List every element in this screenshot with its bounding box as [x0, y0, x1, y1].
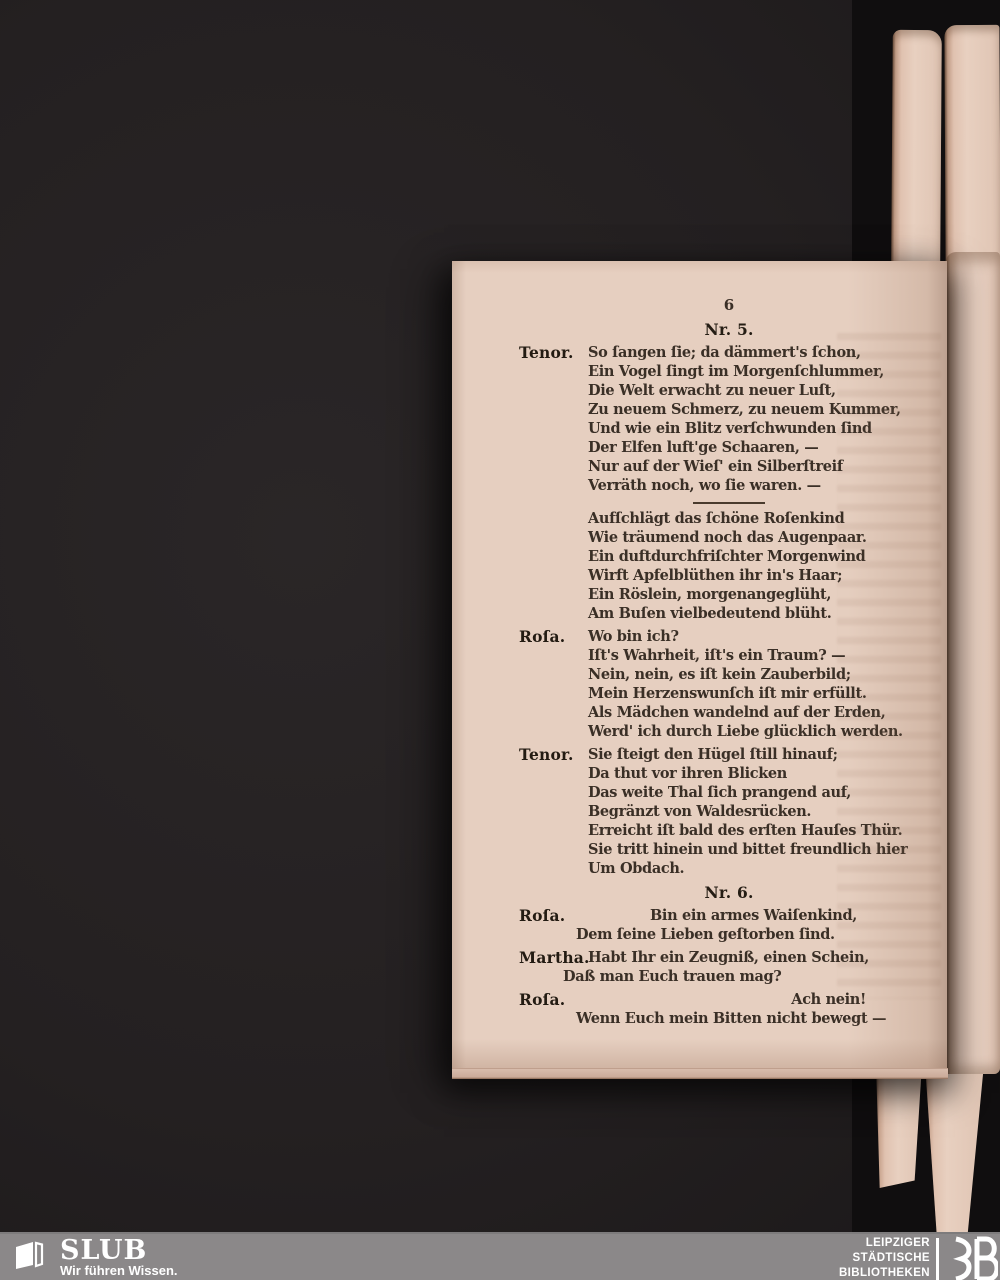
- verse-block: Roſa.Ach nein!Wenn Euch mein Bitten nich…: [452, 990, 947, 1028]
- verse-line: Erreicht iſt bald des erſten Hauſes Thür…: [588, 821, 870, 840]
- library-name-line: LEIPZIGER: [839, 1236, 930, 1251]
- verse-line: Sie tritt hinein und bittet freundlich h…: [588, 840, 870, 859]
- verse-block: Aufſchlägt das ſchöne RoſenkindWie träum…: [452, 509, 947, 623]
- open-book-icon: [14, 1240, 46, 1269]
- footer-brand-bar: SLUB Wir führen Wissen. LEIPZIGERSTÄDTIS…: [0, 1232, 1000, 1280]
- verse-line: Bin ein armes Waiſenkind,: [650, 906, 870, 925]
- verse-block: Tenor.So ſangen ſie; da dämmert's ſchon,…: [452, 343, 947, 495]
- section-heading: Nr. 6.: [588, 883, 870, 902]
- verse-line: So ſangen ſie; da dämmert's ſchon,: [588, 343, 870, 362]
- verse-line: Mein Herzenswunſch iſt mir erfüllt.: [588, 684, 870, 703]
- verse-block: Roſa.Bin ein armes Waiſenkind,Dem ſeine …: [452, 906, 947, 944]
- slub-wordmark: SLUB: [60, 1238, 178, 1264]
- slub-logo: SLUB Wir führen Wissen.: [14, 1238, 178, 1278]
- verse-block: Tenor.Sie ſteigt den Hügel ſtill hinauf;…: [452, 745, 947, 878]
- viewer-stage: 6 Nr. 5.Tenor.So ſangen ſie; da dämmert'…: [0, 0, 1000, 1280]
- verse-line: Ach nein!: [588, 990, 866, 1009]
- stacked-page-edge: [452, 1068, 948, 1079]
- page-edge-strip: [876, 1064, 922, 1188]
- verse-line: Der Elfen luft'ge Schaaren, —: [588, 438, 870, 457]
- verse-line: Iſt's Wahrheit, iſt's ein Traum? —: [588, 646, 870, 665]
- speaker-label: Tenor.: [519, 745, 574, 764]
- verse-line: Nein, nein, es iſt kein Zauberbild;: [588, 665, 870, 684]
- verse-line: Habt Ihr ein Zeugniß, einen Schein,: [588, 948, 870, 967]
- verse-line: Wirft Apfelblüthen ihr in's Haar;: [588, 566, 870, 585]
- verse-block: Roſa.Wo bin ich?Iſt's Wahrheit, iſt's ei…: [452, 627, 947, 741]
- library-name-line: BIBLIOTHEKEN: [839, 1266, 930, 1280]
- verse-line: Wenn Euch mein Bitten nicht bewegt —: [576, 1009, 870, 1028]
- verse-line: Und wie ein Blitz verſchwunden ſind: [588, 419, 870, 438]
- library-name-line: STÄDTISCHE: [839, 1251, 930, 1266]
- verse-line: Dem ſeine Lieben geſtorben ſind.: [576, 925, 870, 944]
- verse-line: Ein Röslein, morgenangeglüht,: [588, 585, 870, 604]
- page-edge-strip: [891, 30, 942, 263]
- verse-line: Ein Vogel ſingt im Morgenſchlummer,: [588, 362, 870, 381]
- verse-line: Aufſchlägt das ſchöne Roſenkind: [588, 509, 870, 528]
- speaker-label: Tenor.: [519, 343, 574, 362]
- footer-divider: [936, 1238, 939, 1280]
- slub-tagline: Wir führen Wissen.: [60, 1264, 178, 1278]
- speaker-label: Martha.: [519, 948, 590, 967]
- slub-text: SLUB Wir führen Wissen.: [60, 1238, 178, 1278]
- verse-line: Wo bin ich?: [588, 627, 870, 646]
- verse-line: Am Buſen vielbedeutend blüht.: [588, 604, 870, 623]
- verse-line: Als Mädchen wandelnd auf der Erden,: [588, 703, 870, 722]
- verse-line: Begränzt von Waldesrücken.: [588, 802, 870, 821]
- speaker-label: Roſa.: [519, 906, 565, 925]
- verse-line: Wie träumend noch das Augenpaar.: [588, 528, 870, 547]
- verse-line: Werd' ich durch Liebe glücklich werden.: [588, 722, 870, 741]
- verse-line: Da thut vor ihren Blicken: [588, 764, 870, 783]
- verse-line: Nur auf der Wieſ' ein Silberſtreif: [588, 457, 870, 476]
- verse-line: Ein duftdurchfriſchter Morgenwind: [588, 547, 870, 566]
- verse-block: Martha.Habt Ihr ein Zeugniß, einen Schei…: [452, 948, 947, 986]
- speaker-label: Roſa.: [519, 990, 565, 1009]
- verse-rule: [693, 502, 765, 504]
- verse-line: Daß man Euch trauen mag?: [563, 967, 870, 986]
- page-edge-strip: [944, 25, 1000, 263]
- verse-line: Sie ſteigt den Hügel ſtill hinauf;: [588, 745, 870, 764]
- speaker-label: Roſa.: [519, 627, 565, 646]
- page-content: 6 Nr. 5.Tenor.So ſangen ſie; da dämmert'…: [452, 295, 947, 1028]
- verse-line: Das weite Thal ſich prangend auf,: [588, 783, 870, 802]
- verse-line: Verräth noch, wo ſie waren. —: [588, 476, 870, 495]
- scanned-page: 6 Nr. 5.Tenor.So ſangen ſie; da dämmert'…: [452, 261, 947, 1069]
- verse-line: Um Obdach.: [588, 859, 870, 878]
- page-curl: [946, 252, 1000, 1074]
- library-name: LEIPZIGERSTÄDTISCHEBIBLIOTHEKEN: [839, 1236, 930, 1280]
- page-number: 6: [588, 295, 870, 315]
- verse-line: Zu neuem Schmerz, zu neuem Kummer,: [588, 400, 870, 419]
- library-b-mark-icon: [950, 1236, 998, 1280]
- section-heading: Nr. 5.: [588, 320, 870, 339]
- verse-line: Die Welt erwacht zu neuer Luſt,: [588, 381, 870, 400]
